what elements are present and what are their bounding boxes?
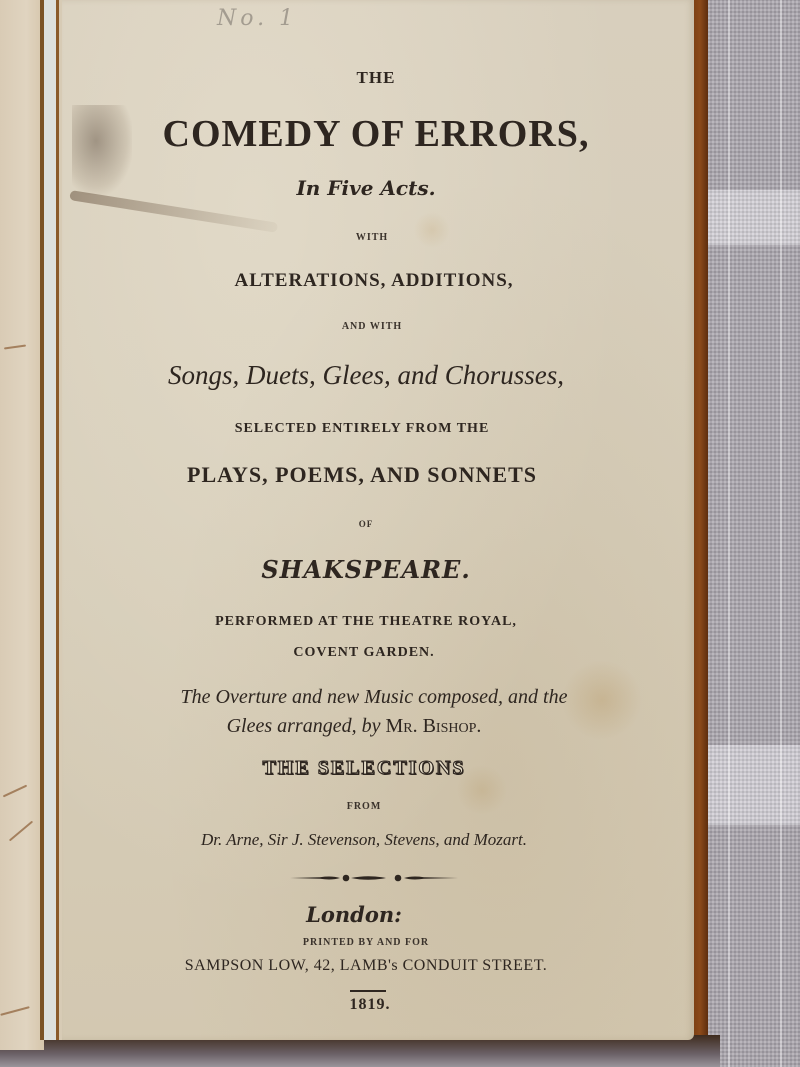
- composers-list: Dr. Arne, Sir J. Stevenson, Stevens, and…: [48, 830, 680, 850]
- venue-line: COVENT GARDEN.: [48, 645, 680, 661]
- alterations-line: ALTERATIONS, ADDITIONS,: [58, 270, 690, 292]
- publisher-line: SAMPSON LOW, 42, LAMB's CONDUIT STREET.: [50, 957, 682, 975]
- fabric-stripe: [728, 0, 730, 1067]
- fabric-stripe: [780, 0, 782, 1067]
- composer-name: Mr. Bishop.: [385, 715, 481, 737]
- sources-line: PLAYS, POEMS, AND SONNETS: [46, 462, 678, 488]
- ink-mark: [0, 1006, 29, 1016]
- music-credit-prefix: Glees arranged, by: [227, 715, 381, 737]
- author-name: SHAKSPEARE.: [50, 555, 682, 584]
- handwritten-note: No. 1: [217, 6, 297, 31]
- publication-year: 1819.: [54, 996, 686, 1014]
- with-label: WITH: [56, 232, 688, 243]
- printed-by-label: PRINTED BY AND FOR: [50, 937, 682, 948]
- title-page: No. 1 THE COMEDY OF ERRORS, In Five Acts…: [62, 0, 694, 1040]
- selected-line: SELECTED ENTIRELY FROM THE: [46, 421, 678, 437]
- performed-line: PERFORMED AT THE THEATRE ROYAL,: [50, 614, 682, 630]
- ornament-divider: [290, 874, 458, 882]
- from-label: FROM: [48, 801, 680, 812]
- play-title: COMEDY OF ERRORS,: [60, 112, 692, 156]
- background-fabric: [700, 0, 800, 1067]
- title-prefix: THE: [60, 68, 692, 88]
- subtitle: In Five Acts.: [50, 176, 682, 200]
- ink-mark: [4, 344, 26, 349]
- book-cover-edge: [692, 0, 708, 1040]
- facing-page-remnant: [0, 0, 44, 1050]
- and-with-label: AND WITH: [56, 321, 688, 332]
- songs-line: Songs, Duets, Glees, and Chorusses,: [50, 360, 682, 391]
- ink-mark: [3, 785, 27, 798]
- short-rule: [350, 990, 386, 992]
- music-credit-line-1: The Overture and new Music composed, and…: [58, 686, 690, 709]
- imprint-place: London:: [38, 902, 670, 927]
- of-label: OF: [50, 519, 682, 529]
- ink-mark: [9, 821, 33, 842]
- music-credit-line-2: Glees arranged, by Mr. Bishop.: [38, 715, 670, 738]
- selections-heading: THE SELECTIONS: [48, 757, 680, 780]
